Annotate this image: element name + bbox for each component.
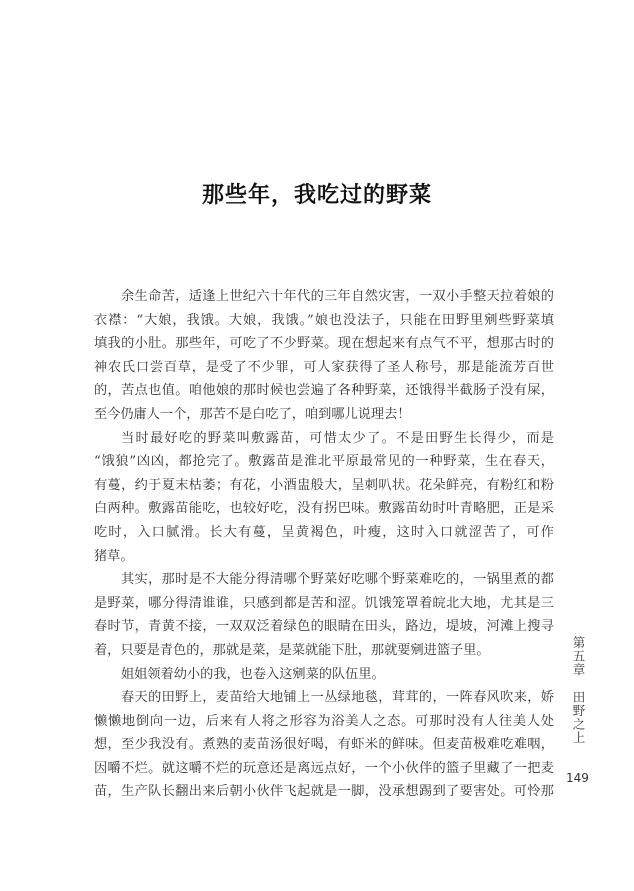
text-line: 因嚼不烂。就这嚼不烂的玩意还是离远点好，一个小伙伴的篮子里藏了一把麦 (94, 757, 554, 781)
text-line: “饿狼”凶凶，都抢完了。敷露苗是淮北平原最常见的一种野菜，生在春天， (94, 450, 554, 474)
text-line: 其实，那时是不大能分得清哪个野菜好吃哪个野菜难吃的，一锅里煮的都 (94, 568, 554, 592)
page-number: 149 (566, 771, 589, 785)
text-line: 苗，生产队长翻出来后朝小伙伴飞起就是一脚，没承想踢到了要害处。可怜那 (94, 780, 554, 804)
text-line: 神农氏口尝百草，是受了不少罪，可人家获得了圣人称号，那是能流芳百世 (94, 356, 554, 380)
text-line: 春天的田野上，麦苗给大地铺上一丛绿地毯，茸茸的，一阵春风吹来，娇 (94, 686, 554, 710)
text-line: 白两种。敷露苗能吃，也较好吃，没有拐巴味。敷露苗幼时叶青略肥，正是采 (94, 497, 554, 521)
text-line: 的，苦点也值。咱他娘的那时候也尝遍了各种野菜，还饿得半截肠子没有屎， (94, 379, 554, 403)
text-line: 姐姐领着幼小的我，也卷入这剜菜的队伍里。 (94, 663, 554, 687)
text-line: 春时节，青黄不接，一双双泛着绿色的眼睛在田头，路边，堤坡，河滩上搜寻 (94, 615, 554, 639)
text-line: 想，至少我没有。煮熟的麦苗汤很好喝，有虾米的鲜味。但麦苗极难吃难咽， (94, 733, 554, 757)
text-line: 懒懒地倒向一边，后来有人将之形容为浴美人之态。可那时没有人往美人处 (94, 710, 554, 734)
text-line: 至今仍庸人一个，那苦不是白吃了，咱到哪儿说理去！ (94, 403, 554, 427)
text-line: 猪草。 (94, 545, 554, 569)
chapter-side-label: 第五章田野之上 (569, 636, 587, 745)
chapter-title: 田野之上 (571, 691, 586, 745)
text-line: 是野菜，哪分得清谁谁，只感到都是苦和涩。饥饿笼罩着皖北大地，尤其是三 (94, 592, 554, 616)
text-line: 吃时，入口腻滑。长大有蔓，呈黄褐色，叶瘦，这时入口就涩苦了，可作 (94, 521, 554, 545)
text-line: 当时最好吃的野菜叫敷露苗，可惜太少了。不是田野生长得少，而是 (94, 427, 554, 451)
text-line: 填我的小肚。那些年，可吃了不少野菜。现在想起来有点气不平，想那古时的 (94, 332, 554, 356)
article-title: 那些年，我吃过的野菜 (0, 178, 634, 209)
text-line: 衣襟：“大娘，我饿。大娘，我饿。”娘也没法子，只能在田野里剜些野菜填 (94, 309, 554, 333)
text-line: 着，只要是青色的，那就是菜，是菜就能下肚，那就要剜进篮子里。 (94, 639, 554, 663)
article-body: 余生命苦，适逢上世纪六十年代的三年自然灾害，一双小手整天拉着娘的 衣襟：“大娘，… (94, 285, 554, 804)
chapter-number: 第五章 (571, 636, 586, 677)
text-line: 余生命苦，适逢上世纪六十年代的三年自然灾害，一双小手整天拉着娘的 (94, 285, 554, 309)
text-line: 有蔓，约于夏末枯萎；有花，小酒盅般大，呈刺叭状。花朵鲜亮，有粉红和粉 (94, 474, 554, 498)
